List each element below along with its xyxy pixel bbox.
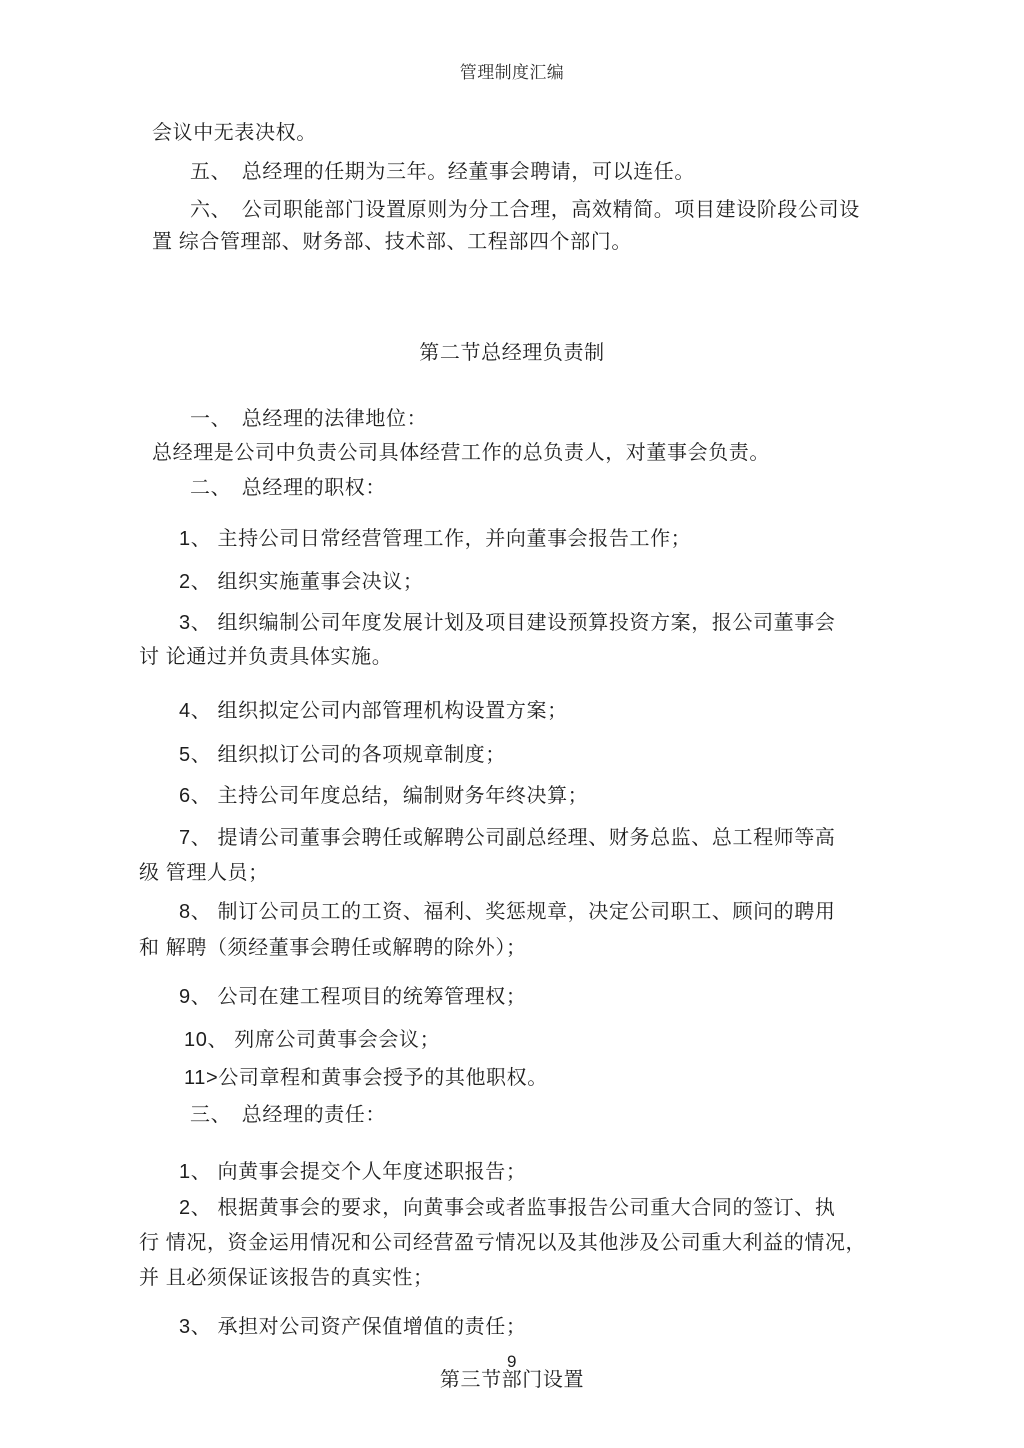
- list-item: 4、 组织拟定公司内部管理机构设置方案；: [179, 699, 568, 724]
- list-item: 六、 公司职能部门设置原则为分工合理，高效精简。项目建设阶段公司设: [190, 198, 860, 223]
- paragraph-line: 行 情况，资金运用情况和公司经营盈亏情况以及其他涉及公司重大利益的情况，: [139, 1231, 866, 1256]
- paragraph-line: 会议中无表决权。: [152, 121, 317, 146]
- list-item: 11>公司章程和黄事会授予的其他职权。: [184, 1066, 548, 1091]
- paragraph-line: 并 且必须保证该报告的真实性；: [139, 1266, 434, 1291]
- list-item: 3、 承担对公司资产保值增值的责任；: [179, 1315, 526, 1340]
- footer-heading: 第三节部门设置: [0, 1368, 1024, 1393]
- list-item: 10、 列席公司黄事会会议；: [184, 1028, 440, 1053]
- list-item: 8、 制订公司员工的工资、福利、奖惩规章，决定公司职工、顾问的聘用: [179, 900, 835, 925]
- list-item: 6、 主持公司年度总结，编制财务年终决算；: [179, 784, 588, 809]
- list-item: 5、 组织拟订公司的各项规章制度；: [179, 743, 506, 768]
- list-item: 1、 向黄事会提交个人年度述职报告；: [179, 1160, 526, 1185]
- list-item: 7、 提请公司董事会聘任或解聘公司副总经理、财务总监、总工程师等高: [179, 826, 835, 851]
- list-item: 三、 总经理的责任：: [190, 1103, 386, 1128]
- section-heading: 第二节总经理负责制: [0, 341, 1024, 366]
- list-item: 2、 根据黄事会的要求，向黄事会或者监事报告公司重大合同的签订、执: [179, 1196, 835, 1221]
- list-item: 五、 总经理的任期为三年。经董事会聘请，可以连任。: [190, 160, 695, 185]
- paragraph-line: 和 解聘（须经董事会聘任或解聘的除外）；: [139, 936, 527, 961]
- list-item: 二、 总经理的职权：: [190, 476, 386, 501]
- page-header: 管理制度汇编: [0, 60, 1024, 85]
- paragraph-line: 级 管理人员；: [139, 861, 269, 886]
- document-page: 管理制度汇编 会议中无表决权。 五、 总经理的任期为三年。经董事会聘请，可以连任…: [0, 0, 1024, 1448]
- paragraph-line: 总经理是公司中负责公司具体经营工作的总负责人，对董事会负责。: [152, 441, 770, 466]
- list-item: 9、 公司在建工程项目的统筹管理权；: [179, 985, 526, 1010]
- list-item: 1、 主持公司日常经营管理工作，并向董事会报告工作；: [179, 527, 691, 552]
- paragraph-line: 置 综合管理部、财务部、技术部、工程部四个部门。: [152, 230, 632, 255]
- paragraph-line: 讨 论通过并负责具体实施。: [139, 645, 392, 670]
- list-item: 一、 总经理的法律地位：: [190, 407, 427, 432]
- list-item: 3、 组织编制公司年度发展计划及项目建设预算投资方案，报公司董事会: [179, 611, 835, 636]
- list-item: 2、 组织实施董事会决议；: [179, 570, 423, 595]
